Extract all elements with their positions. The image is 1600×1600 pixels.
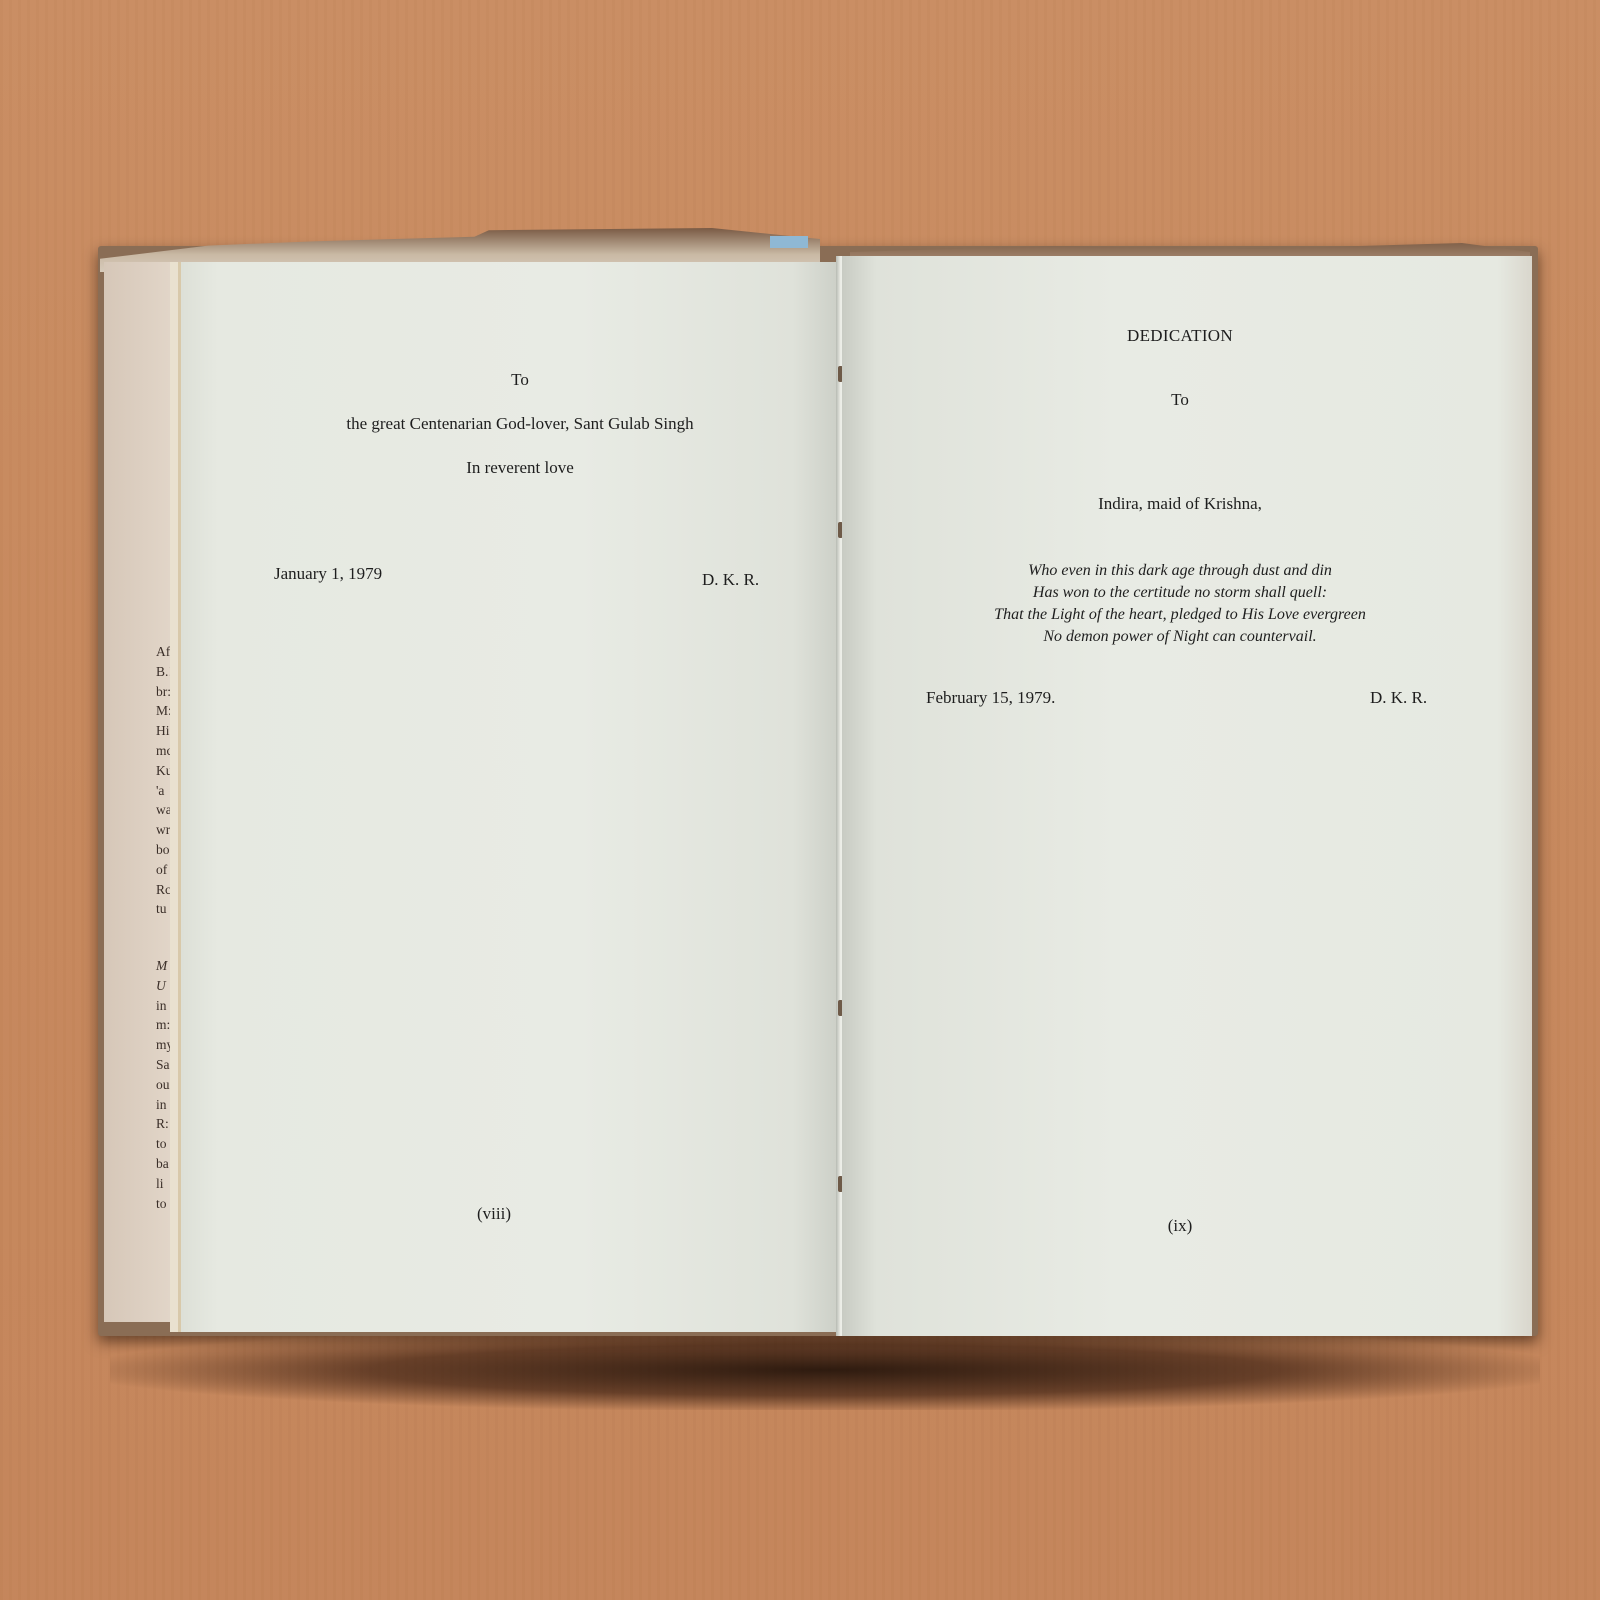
book-shadow (110, 1330, 1540, 1410)
verse-line-4: No demon power of Night can countervail. (1043, 628, 1316, 646)
blue-bookmark-tab (770, 236, 808, 248)
left-dedicatee: the great Centenarian God-lover, Sant Gu… (346, 414, 693, 434)
verse-line-1: Who even in this dark age through dust a… (1028, 562, 1332, 580)
left-sentiment: In reverent love (466, 458, 574, 478)
left-page-number: (viii) (477, 1204, 511, 1224)
verse-line-3: That the Light of the heart, pledged to … (994, 606, 1366, 624)
right-initials: D. K. R. (1370, 688, 1427, 708)
right-page-number: (ix) (1168, 1216, 1193, 1236)
left-page: To the great Centenarian God-lover, Sant… (170, 262, 846, 1332)
left-to: To (511, 370, 529, 390)
right-page: DEDICATION To Indira, maid of Krishna, W… (842, 256, 1532, 1336)
verse-line-2: Has won to the certitude no storm shall … (1033, 584, 1327, 602)
left-initials: D. K. R. (702, 570, 759, 590)
right-to: To (1171, 390, 1189, 410)
left-date: January 1, 1979 (274, 564, 382, 584)
dust-jacket-flap: AfB.!br:M:HimcKu'awawrboofRctu MUinm:myS… (104, 262, 174, 1322)
right-dedicatee: Indira, maid of Krishna, (1098, 494, 1262, 514)
right-date: February 15, 1979. (926, 688, 1055, 708)
dedication-heading: DEDICATION (1127, 326, 1233, 346)
